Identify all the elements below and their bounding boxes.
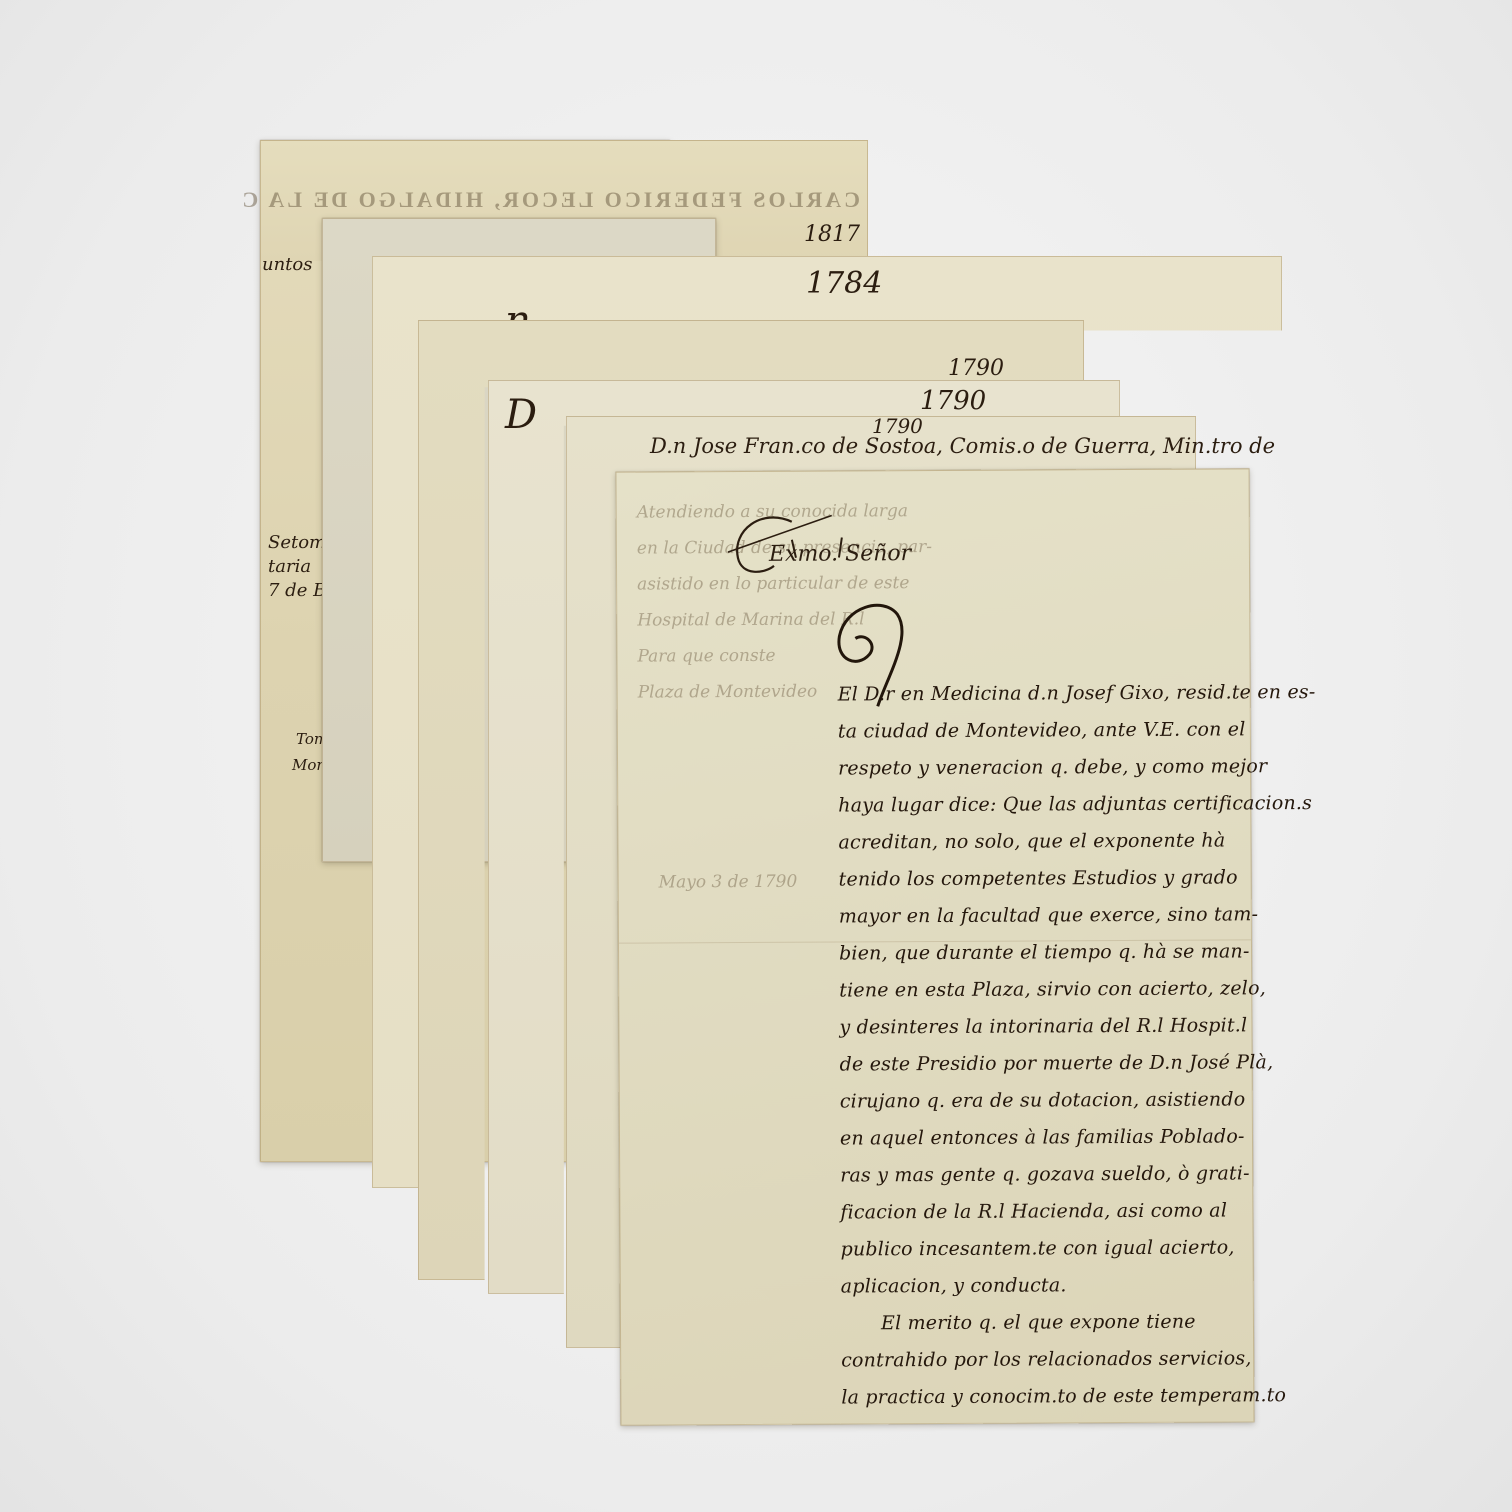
calligraphic-D: D [505,392,537,438]
side-text: Setom [268,532,326,553]
manuscript-sheet-front: Atendiendo a su conocida larga en la Ciu… [616,468,1255,1425]
body-line: en aquel entonces à las familias Poblado… [840,1118,1245,1157]
bleed-text: Mayo 3 de 1790 [659,872,798,893]
body-line: publico incesantem.te con igual acierto, [840,1229,1245,1268]
body-line: respeto y veneracion q. debe, y como mej… [838,748,1243,787]
body-line: El merito q. el que expone tiene [841,1303,1246,1342]
date-1817: 1817 [804,222,860,247]
body-line: ficacion de la R.l Hacienda, asi como al [840,1192,1245,1231]
printed-header: CARLOS FEDERICO LECOR, HIDALGO DE LA C [270,187,860,213]
body-line: mayor en la facultad que exerce, sino ta… [839,896,1244,935]
sheet-heading: D.n Jose Fran.co de Sostoa, Comis.o de G… [650,434,1275,458]
letter-body: El D.r en Medicina d.n Josef Gixo, resid… [838,674,1247,1416]
margin-note: untos [262,254,313,275]
body-line: tenido los competentes Estudios y grado [839,859,1244,898]
body-line: contrahido por los relacionados servicio… [841,1340,1246,1379]
date-1790-a: 1790 [948,356,1004,381]
bleed-text: Para que conste [637,646,775,667]
salutation: Exmo. Señor [769,541,911,567]
photo-background: CARLOS FEDERICO LECOR, HIDALGO DE LA C 1… [0,0,1512,1512]
body-line: bien, que durante el tiempo q. hà se man… [839,933,1244,972]
body-line: cirujano q. era de su dotacion, asistien… [840,1081,1245,1120]
body-line: ta ciudad de Montevideo, ante V.E. con e… [838,711,1243,750]
calligraphic-E-flourish [722,499,872,580]
body-line: de este Presidio por muerte de D.n José … [840,1044,1245,1083]
date-1790-b: 1790 [920,386,986,416]
bleed-text: Plaza de Montevideo [638,682,818,703]
body-line: tiene en esta Plaza, sirvio con acierto,… [839,970,1244,1009]
body-line: haya lugar dice: Que las adjuntas certif… [838,785,1243,824]
body-line: acreditan, no solo, que el exponente hà [838,822,1243,861]
body-line: aplicacion, y conducta. [841,1266,1246,1305]
side-text: Mon [292,756,326,774]
side-text: 7 de B [268,580,326,601]
body-line: El D.r en Medicina d.n Josef Gixo, resid… [838,674,1243,713]
side-text: taria [268,556,311,577]
date-1784: 1784 [806,266,882,301]
body-line: la practica y conocim.to de este tempera… [841,1377,1246,1416]
body-line: ras y mas gente q. gozava sueldo, ò grat… [840,1155,1245,1194]
body-line: y desinteres la intorinaria del R.l Hosp… [839,1007,1244,1046]
